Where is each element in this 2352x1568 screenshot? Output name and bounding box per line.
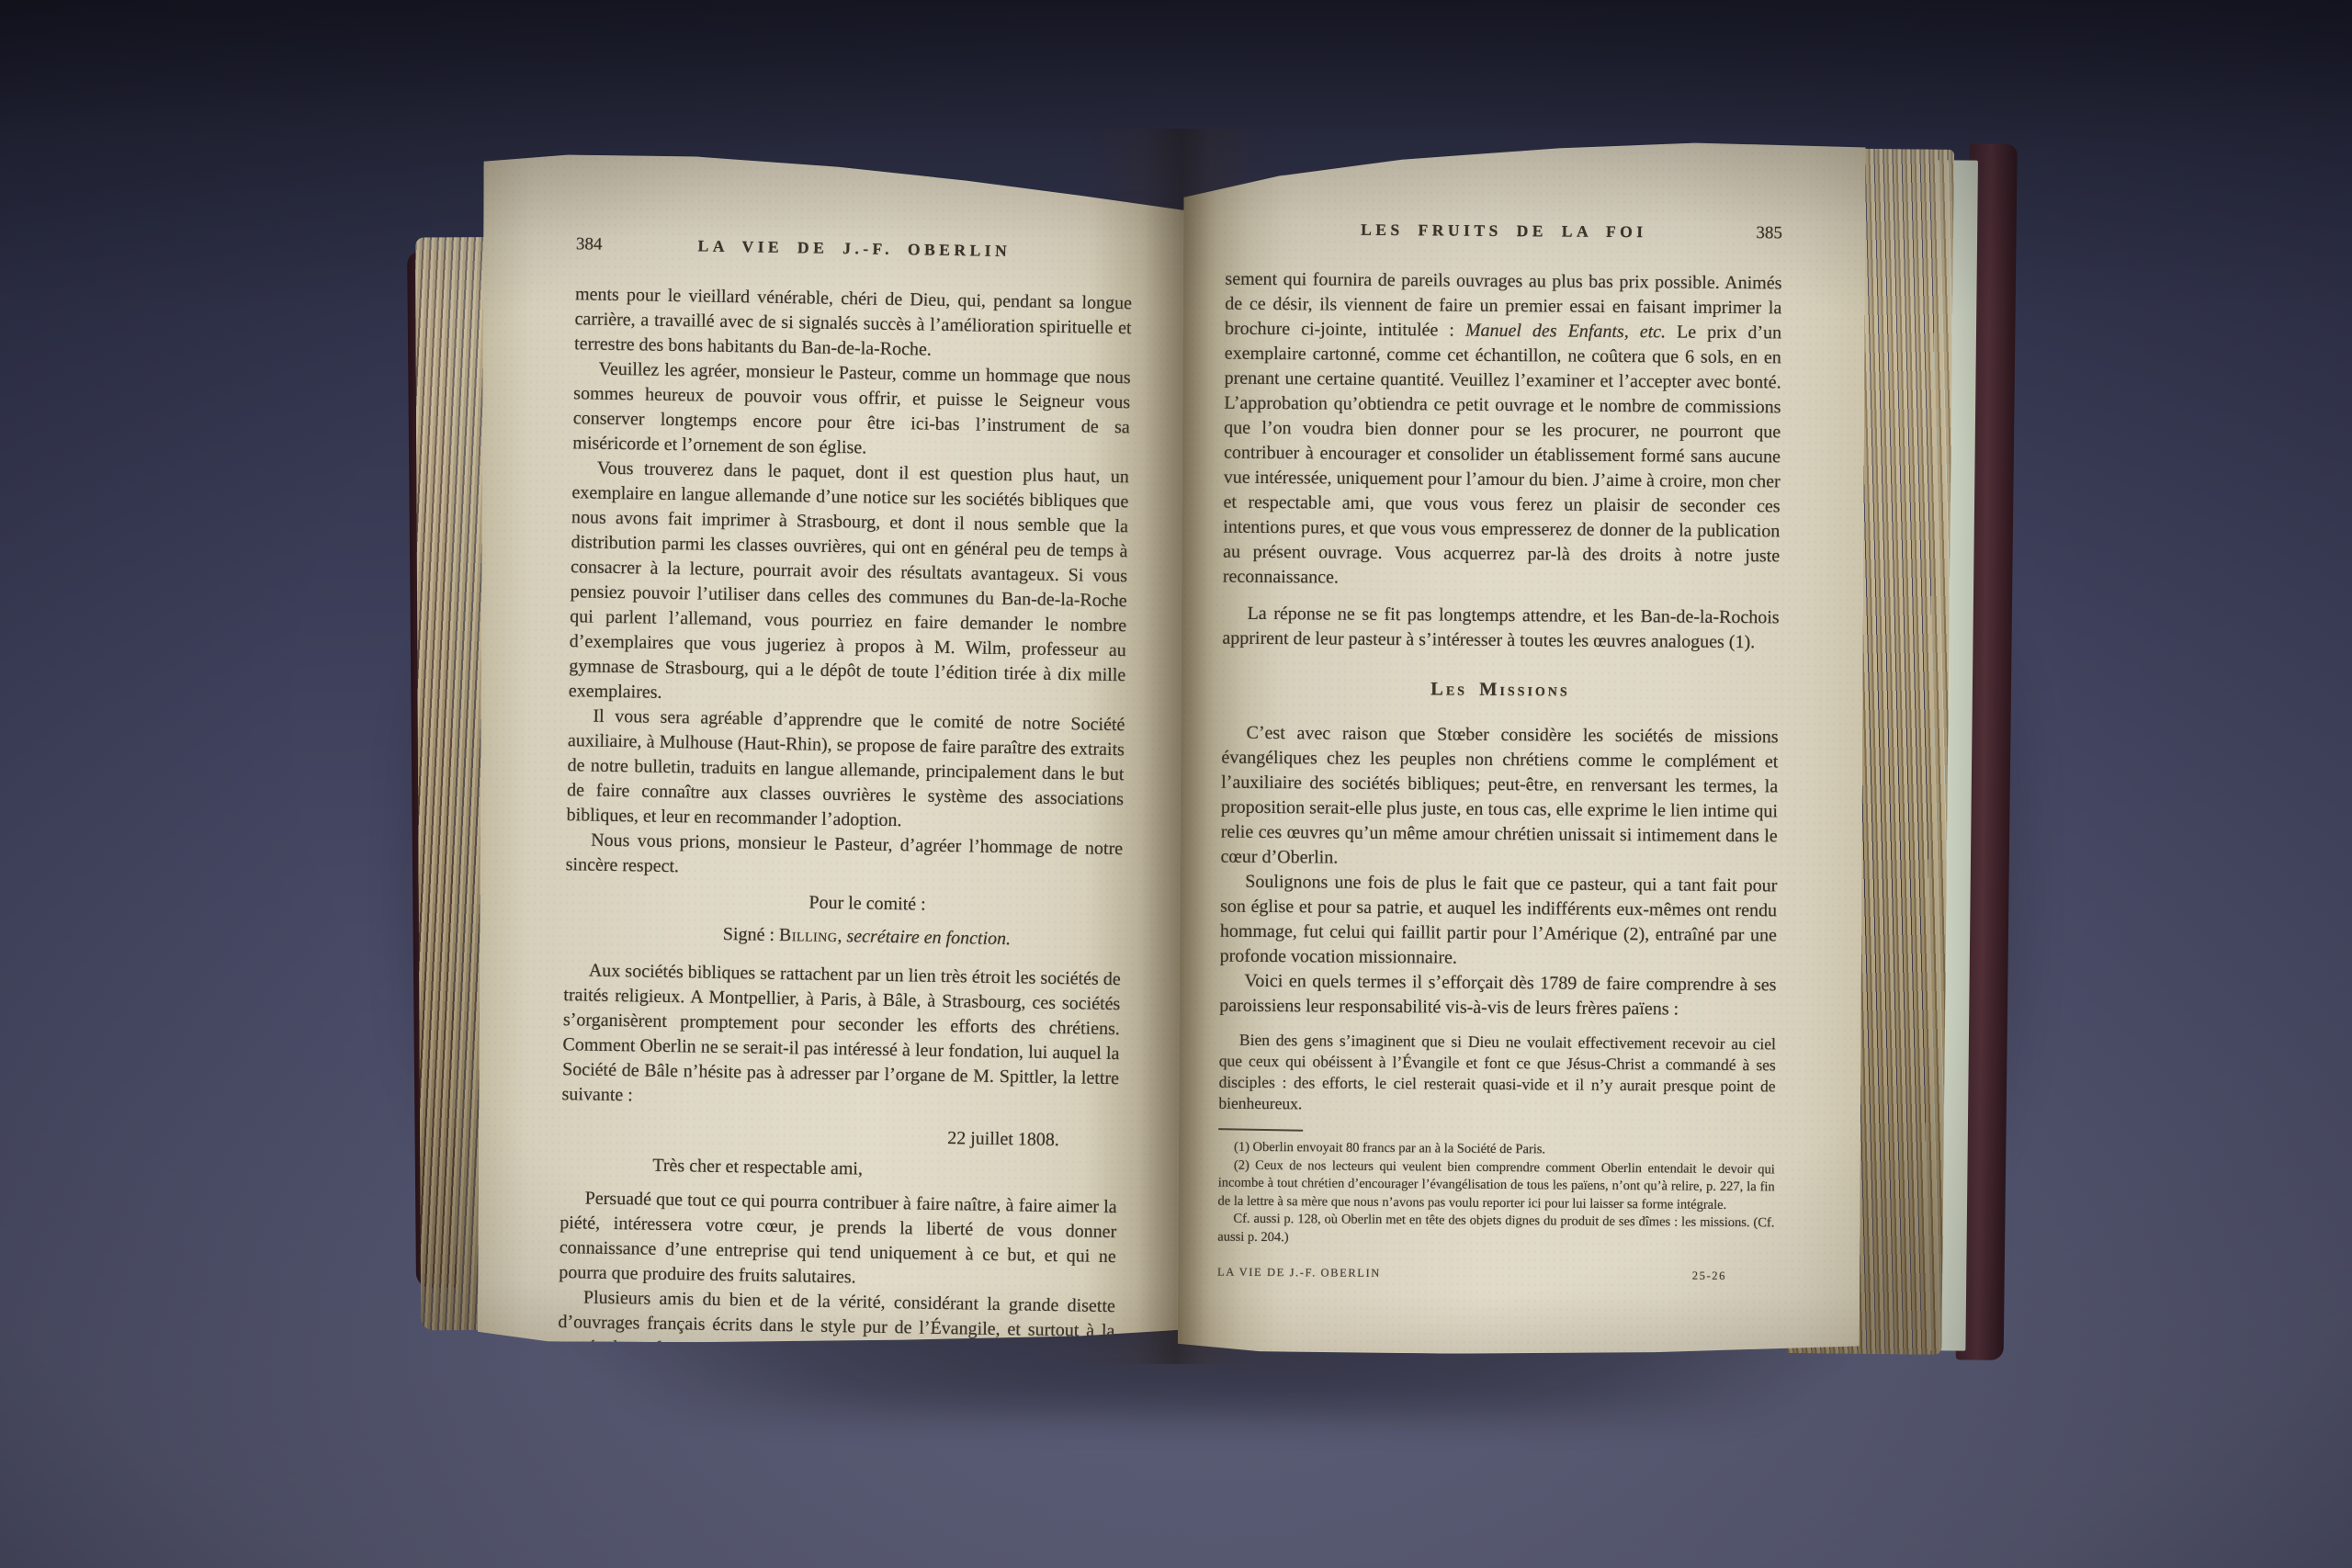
paragraph: ments pour le vieillard vénérable, chéri…: [574, 282, 1132, 366]
letter-salutation: Très cher et respectable ami,: [560, 1152, 1117, 1186]
paragraph: Aux sociétés bibliques se rattachent par…: [561, 958, 1121, 1116]
letter-paragraph: sement qui fournira de pareils ouvrages …: [1223, 267, 1782, 594]
footer-signature-title: LA VIE DE J.-F. OBERLIN: [1217, 1260, 1381, 1286]
running-title-385: LES FRUITS DE LA FOI: [1284, 217, 1724, 245]
paragraph: Veuillez les agréer, monsieur le Pasteur…: [572, 356, 1131, 465]
signature-role: secrétaire en fonction.: [846, 926, 1011, 949]
paragraph: Nous vous prions, monsieur le Pasteur, d…: [566, 828, 1124, 886]
book-title-italic: Manuel des Enfants, etc.: [1465, 321, 1666, 343]
footnote-rule: [1218, 1128, 1303, 1132]
letter-date-line: 22 juillet 1808.: [561, 1120, 1118, 1154]
committee-line: Pour le comité :: [589, 887, 1146, 921]
photo-background: 384 LA VIE DE J.-F. OBERLIN 000 ments po…: [0, 0, 2352, 1568]
running-title-384: LA VIE DE J.-F. OBERLIN: [635, 232, 1074, 265]
page-385: 000 LES FRUITS DE LA FOI 385 sement qui …: [1178, 138, 1866, 1356]
letter-paragraph: Persuadé que tout ce qui pourra contribu…: [559, 1186, 1117, 1294]
paragraph: Vous trouverez dans le paquet, dont il e…: [569, 456, 1129, 713]
paragraph: Voici en quels termes il s’efforçait dès…: [1219, 969, 1776, 1023]
footer-sheet-number: 25-26: [1692, 1264, 1726, 1289]
signature-line: Signé : Billing, secrétaire en fonction.: [588, 920, 1145, 954]
page-384: 384 LA VIE DE J.-F. OBERLIN 000 ments po…: [478, 154, 1193, 1345]
signature-name: Billing: [779, 925, 838, 946]
footnote: Cf. aussi p. 128, où Oberlin met en tête…: [1217, 1211, 1774, 1251]
letter-text: Le prix d’un exemplaire cartonné, comme …: [1223, 321, 1781, 587]
open-book: 384 LA VIE DE J.-F. OBERLIN 000 ments po…: [0, 0, 2352, 1568]
footnote: (2) Ceux de nos lecteurs qui veulent bie…: [1218, 1156, 1775, 1214]
page-385-content: 000 LES FRUITS DE LA FOI 385 sement qui …: [1174, 137, 1866, 1436]
page-header-385: 000 LES FRUITS DE LA FOI 385: [1226, 217, 1782, 246]
page-header-384: 384 LA VIE DE J.-F. OBERLIN 000: [576, 231, 1133, 265]
page-number-385: 385: [1724, 220, 1782, 246]
paragraph: Il vous sera agréable d’apprendre que le…: [566, 704, 1125, 837]
signature-separator: ,: [837, 926, 846, 946]
page-footer: LA VIE DE J.-F. OBERLIN 25-26: [1217, 1260, 1774, 1290]
paragraph: C’est avec raison que Stœber considère l…: [1220, 721, 1778, 874]
block-quote: Bien des gens s’imaginent que si Dieu ne…: [1218, 1030, 1776, 1119]
paragraph: La réponse ne se fit pas longtemps atten…: [1222, 602, 1779, 656]
signature-prefix: Signé :: [723, 924, 779, 945]
page-384-content: 384 LA VIE DE J.-F. OBERLIN 000 ments po…: [463, 152, 1193, 1429]
section-heading: Les Missions: [1222, 676, 1779, 705]
paragraph: Soulignons une fois de plus le fait que …: [1220, 870, 1778, 974]
page-number-384: 384: [576, 231, 635, 257]
